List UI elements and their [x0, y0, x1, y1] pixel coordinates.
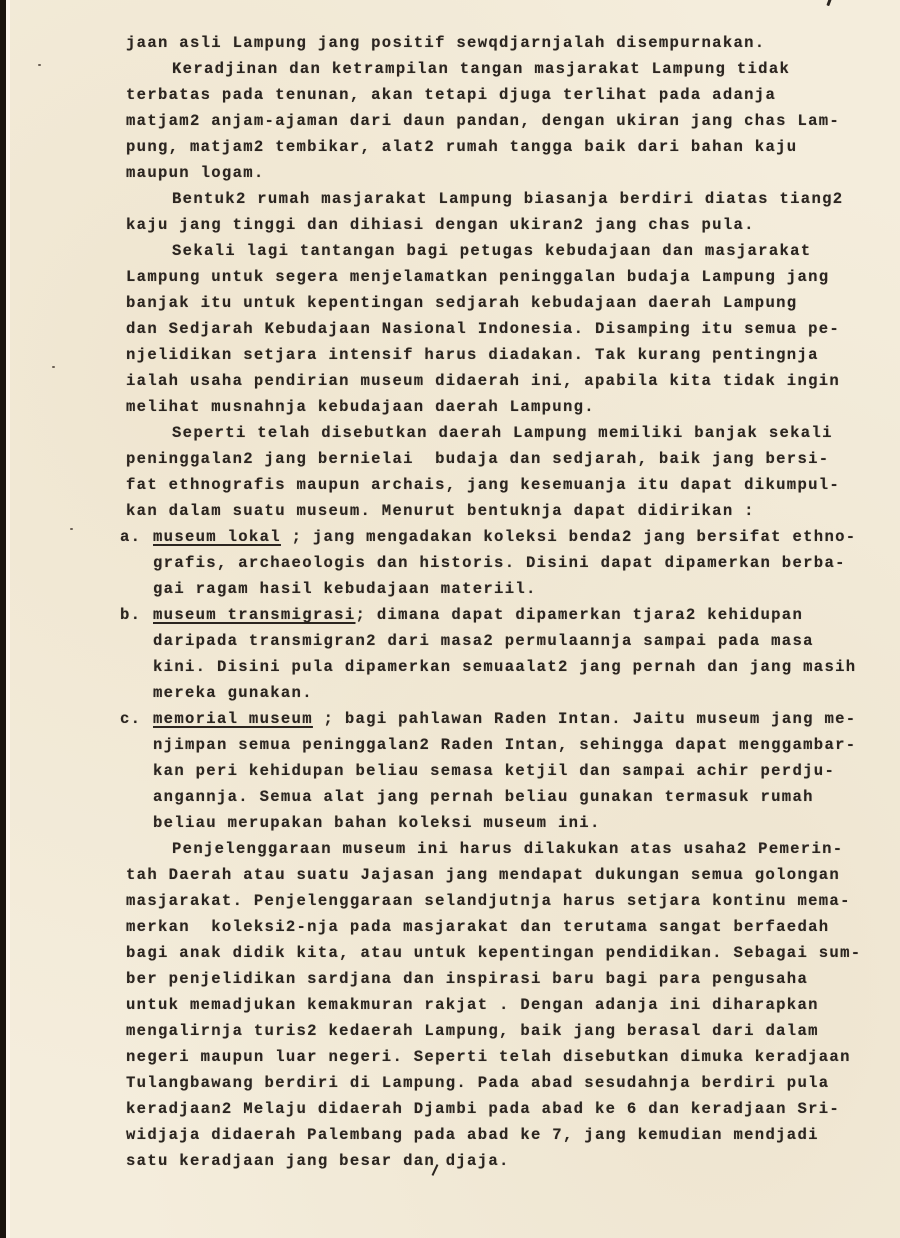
text-line: terbatas pada tenunan, akan tetapi djuga… [120, 82, 880, 108]
text-line: tah Daerah atau suatu Jajasan jang menda… [120, 862, 880, 888]
paragraph-bentuk-rumah: Bentuk2 rumah masjarakat Lampung biasanj… [120, 186, 880, 238]
list-marker: a. [120, 524, 153, 550]
paper-speck [52, 366, 55, 368]
text-line: mereka gunakan. [120, 680, 880, 706]
text-line: untuk memadjukan kemakmuran rakjat . Den… [120, 992, 880, 1018]
text-line: beliau merupakan bahan koleksi museum in… [120, 810, 880, 836]
list-item-first-line: a.museum lokal ; jang mengadakan koleksi… [120, 524, 880, 550]
text-line: maupun logam. [120, 160, 880, 186]
list-marker: c. [120, 706, 153, 732]
list-item-first-line: b.museum transmigrasi; dimana dapat dipa… [120, 602, 880, 628]
text-line: ber penjelidikan sardjana dan inspirasi … [120, 966, 880, 992]
text-line: mengalirnja turis2 kedaerah Lampung, bai… [120, 1018, 880, 1044]
list-item-term: museum transmigrasi [153, 606, 356, 624]
text-line: Tulangbawang berdiri di Lampung. Pada ab… [120, 1070, 880, 1096]
list-item: b.museum transmigrasi; dimana dapat dipa… [120, 602, 880, 706]
paragraph-peninggalan: Seperti telah disebutkan daerah Lampung … [120, 420, 880, 524]
text-line: kini. Disini pula dipamerkan semuaalat2 … [120, 654, 880, 680]
page-edge [6, 0, 10, 1238]
text-line: satu keradjaan jang besar dan djaja. [120, 1148, 880, 1174]
text-line: ialah usaha pendirian museum didaerah in… [120, 368, 880, 394]
text-line: merkan koleksi2-nja pada masjarakat dan … [120, 914, 880, 940]
list-item-term: memorial museum [153, 710, 313, 728]
text-line: kan dalam suatu museum. Menurut bentuknj… [120, 498, 880, 524]
closing-paragraph: Penjelenggaraan museum ini harus dilakuk… [120, 836, 880, 1174]
text-line: banjak itu untuk kepentingan sedjarah ke… [120, 290, 880, 316]
text-line: daripada transmigran2 dari masa2 permula… [120, 628, 880, 654]
text-line: Bentuk2 rumah masjarakat Lampung biasanj… [120, 186, 880, 212]
list-item: c.memorial museum ; bagi pahlawan Raden … [120, 706, 880, 836]
text-line: Penjelenggaraan museum ini harus dilakuk… [120, 836, 880, 862]
text-line: kan peri kehidupan beliau semasa ketjil … [120, 758, 880, 784]
paragraph-tantangan: Sekali lagi tantangan bagi petugas kebud… [120, 238, 880, 420]
text-line: angannja. Semua alat jang pernah beliau … [120, 784, 880, 810]
paper-speck [70, 528, 73, 530]
text-line: Sekali lagi tantangan bagi petugas kebud… [120, 238, 880, 264]
text-line: kaju jang tinggi dan dihiasi dengan ukir… [120, 212, 880, 238]
text-line: bagi anak didik kita, atau untuk kepenti… [120, 940, 880, 966]
text-line: masjarakat. Penjelenggaraan selandjutnja… [120, 888, 880, 914]
text-line: fat ethnografis maupun archais, jang kes… [120, 472, 880, 498]
list-item-text: ; jang mengadakan koleksi benda2 jang be… [281, 528, 857, 546]
museum-types-list: a.museum lokal ; jang mengadakan koleksi… [120, 524, 880, 836]
paragraphs: Keradjinan dan ketrampilan tangan masjar… [120, 56, 880, 524]
document-body: jaan asli Lampung jang positif sewqdjarn… [120, 30, 880, 1174]
text-line: matjam2 anjam-ajaman dari daun pandan, d… [120, 108, 880, 134]
list-item: a.museum lokal ; jang mengadakan koleksi… [120, 524, 880, 602]
list-item-first-line: c.memorial museum ; bagi pahlawan Raden … [120, 706, 880, 732]
paper-speck [38, 64, 41, 66]
list-item-text: ; bagi pahlawan Raden Intan. Jaitu museu… [313, 710, 857, 728]
opening-line: jaan asli Lampung jang positif sewqdjarn… [120, 30, 880, 56]
list-item-term: museum lokal [153, 528, 281, 546]
text-line: melihat musnahnja kebudajaan daerah Lamp… [120, 394, 880, 420]
list-item-text: ; dimana dapat dipamerkan tjara2 kehidup… [356, 606, 804, 624]
text-line: grafis, archaeologis dan historis. Disin… [120, 550, 880, 576]
text-line: gai ragam hasil kebudajaan materiil. [120, 576, 880, 602]
text-line: negeri maupun luar negeri. Seperti telah… [120, 1044, 880, 1070]
text-line: pung, matjam2 tembikar, alat2 rumah tang… [120, 134, 880, 160]
list-marker: b. [120, 602, 153, 628]
text-line: njimpan semua peninggalan2 Raden Intan, … [120, 732, 880, 758]
text-line: peninggalan2 jang bernielai budaja dan s… [120, 446, 880, 472]
text-line: njelidikan setjara intensif harus diadak… [120, 342, 880, 368]
text-line: keradjaan2 Melaju didaerah Djambi pada a… [120, 1096, 880, 1122]
text-line: widjaja didaerah Palembang pada abad ke … [120, 1122, 880, 1148]
text-line: Lampung untuk segera menjelamatkan penin… [120, 264, 880, 290]
text-line: dan Sedjarah Kebudajaan Nasional Indones… [120, 316, 880, 342]
text-line: Keradjinan dan ketrampilan tangan masjar… [120, 56, 880, 82]
text-line: Seperti telah disebutkan daerah Lampung … [120, 420, 880, 446]
paragraph-keradjinan: Keradjinan dan ketrampilan tangan masjar… [120, 56, 880, 186]
